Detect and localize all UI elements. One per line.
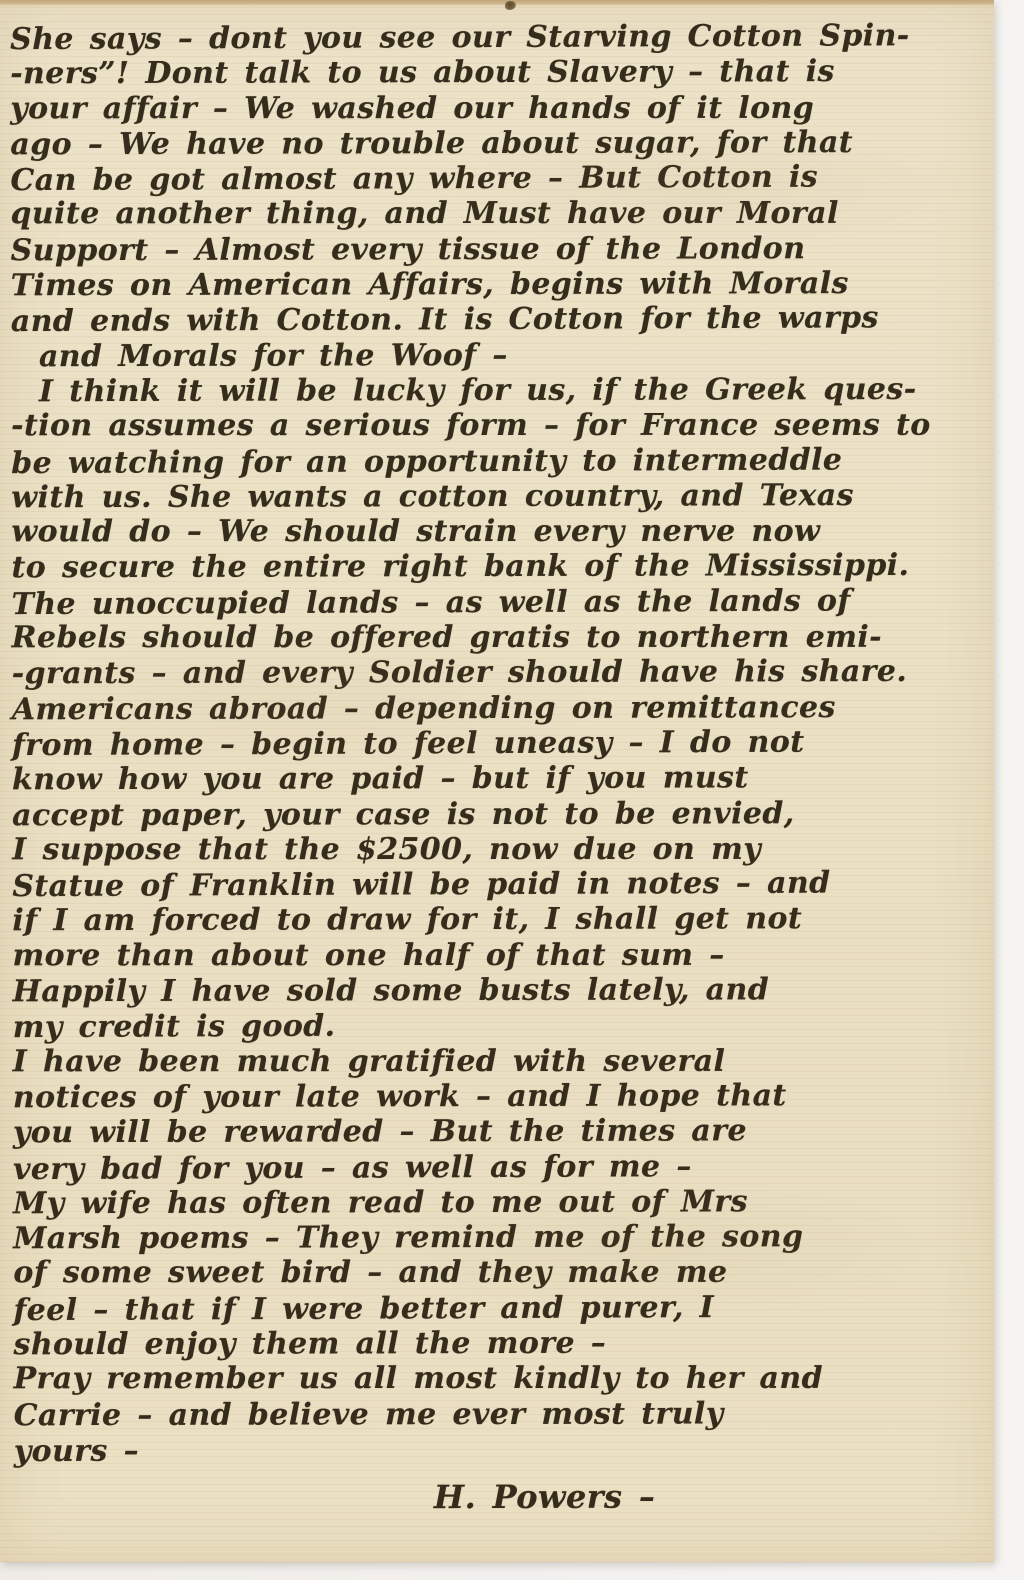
letter-line: feel – that if I were better and purer, … [13,1289,979,1329]
paper-top-edge [0,0,994,6]
letter-line: more than about one half of that sum – [12,937,978,973]
letter-line: yours – [14,1430,980,1470]
letter-line: Happily I have sold some busts lately, a… [13,972,979,1010]
letter-line: know how you are paid – but if you must [12,760,978,798]
letter-line: I think it will be lucky for us, if the … [11,372,977,410]
letter-line: if I am forced to draw for it, I shall g… [12,901,978,939]
letter-line: and ends with Cotton. It is Cotton for t… [11,300,977,340]
letter-line: Pray remember us all most kindly to her … [14,1361,980,1397]
letter-line: you will be rewarded – But the times are [13,1113,979,1151]
letter-line: to secure the entire right bank of the M… [11,548,977,586]
letter-line: Times on American Affairs, begins with M… [11,266,977,304]
letter-line: I suppose that the $2500, now due on my [12,832,978,868]
letter-text: She says – dont you see our Starving Cot… [10,19,980,1523]
letter-line: with us. She wants a cotton country, and… [11,478,977,516]
letter-line: The unoccupied lands – as well as the la… [11,583,977,623]
letter-line: would do – We should strain every nerve … [11,514,977,550]
letter-line: your affair – We washed our hands of it … [10,90,976,126]
letter-line: accept paper, your case is not to be env… [12,795,978,833]
letter-line: -ners”! Dont talk to us about Slavery – … [10,54,976,92]
letter-line: Statue of Franklin will be paid in notes… [12,865,978,905]
letter-line: and Morals for the Woof – [11,336,977,374]
letter-line: -tion assumes a serious form – for Franc… [11,408,977,444]
letter-page: She says – dont you see our Starving Cot… [0,0,994,1562]
signature: H. Powers – [14,1466,980,1523]
letter-line: Americans abroad – depending on remittan… [12,689,978,727]
letter-line: should enjoy them all the more – [13,1325,979,1363]
letter-line: be watching for an opportunity to interm… [11,441,977,481]
letter-line: Can be got almost any where – But Cotton… [10,159,976,199]
letter-line: quite another thing, and Must have our M… [11,196,977,232]
letter-line: Rebels should be offered gratis to north… [12,620,978,656]
letter-line: I have been much gratified with several [13,1043,979,1079]
letter-line: notices of your late work – and I hope t… [13,1078,979,1116]
letter-line: my credit is good. [13,1006,979,1046]
letter-line: She says – dont you see our Starving Cot… [10,18,976,58]
ink-stain [505,1,516,10]
letter-line: from home – begin to feel uneasy – I do … [12,724,978,764]
letter-line: Carrie – and believe me ever most truly [14,1395,980,1433]
letter-line: Support – Almost every tissue of the Lon… [11,231,977,269]
letter-line: My wife has often read to me out of Mrs [13,1184,979,1222]
letter-line: very bad for you – as well as for me – [13,1147,979,1187]
letter-line: of some sweet bird – and they make me [13,1255,979,1291]
letter-line: ago – We have no trouble about sugar, fo… [10,125,976,163]
letter-line: Marsh poems – They remind me of the song [13,1219,979,1257]
letter-line: -grants – and every Soldier should have … [12,654,978,692]
